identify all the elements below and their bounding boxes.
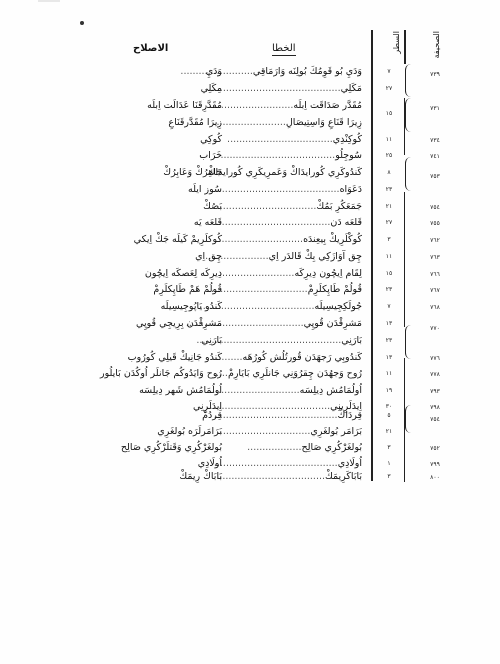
cell-correction: قِردُمْ <box>62 408 222 424</box>
table-row: ٧٥٥ ٢٧ قَلعَه دَن.......................… <box>0 215 500 231</box>
cell-correction: كَندُو يَاپُوجِيسِيلَه <box>62 299 222 315</box>
cell-line: ١٣ <box>378 316 400 332</box>
cell-correction: مَشرِقْدَن بِرِيجِي قُوپِي <box>62 316 222 332</box>
error-text: مَشرِقْدَن قُوپِي <box>304 318 362 329</box>
cell-correction: مِكَلِي <box>62 81 222 97</box>
error-text: بَرَامَر بُولغَرِي <box>310 426 362 437</box>
cell-correction: كَندُو جَانِيكْ قَيلِي كُورُوب <box>62 350 222 366</box>
cell-line: ٧ <box>378 299 400 315</box>
leader-dots: ................................ <box>220 201 317 212</box>
cell-page: ٨٠٠ <box>420 474 450 481</box>
scanned-page: الصحيفة السطر الخطا الاصلاح ٧٣٩ ٧ وَدَيِ… <box>0 0 500 664</box>
table-row: ٧٥٣ ٨ كَندُوكَرِي كُورايدَاكْ وَعَمرِيكَ… <box>0 165 500 181</box>
error-text: كَندُوكَرِي كُورايدَاكْ وَعَمرِيكَرِي كُ… <box>208 167 362 178</box>
cell-correction: جَاهِرُكْ وَعَابِرُكْ <box>62 165 222 181</box>
table-row: ٧٥٤ ٥ قِردَاكْ..........................… <box>0 408 500 424</box>
cell-line: ٣ <box>378 232 400 248</box>
cell-correction: بَصُكْ <box>62 199 222 215</box>
header-correction: الاصلاح <box>133 43 168 54</box>
cell-page: ٧٥٤ <box>420 416 450 423</box>
error-text: كَندُوبِي رَجهَدَن قُورتُلُش كُورُهَه <box>243 352 362 363</box>
cell-page: ٧٦٧ <box>420 287 450 294</box>
cell-correction: سُوز ايلَه <box>62 182 222 198</box>
table-row: ٧٧٠ ١٣ مَشرِقْدَن قُوپِي................… <box>0 316 500 332</box>
header-line: السطر <box>392 31 401 54</box>
cell-correction: قَلعَه يَه <box>62 215 222 231</box>
table-row: ٧٦٧ ٢٣ قُولُمْ طَاپِكلَرِمْ.............… <box>0 282 500 298</box>
cell-correction: زِيرَا مُقَدَّرقَنَاعِ <box>62 115 222 131</box>
cell-correction: مُقَدَّرِقَنَا عَدَالَت اِبلَه <box>62 98 222 114</box>
error-text: سُوجِلُو <box>335 150 362 161</box>
cell-line: ٢٣ <box>378 282 400 298</box>
table-row: ٨٠٠ ٣ بَابَاكَرِيمَكْ...................… <box>0 469 500 485</box>
table-row: ٧٣٩ ٧ وَدَيِ بُو قَوِمُكَ بُولِنَه وَارَ… <box>0 64 500 80</box>
table-row: ٧٦٣ ١١ چِق آوَازَكِي بِكْ قَالدَر اِي...… <box>0 249 500 265</box>
cell-page: ٧٦٨ <box>420 304 450 311</box>
table-row: ٧٧٦ ١٣ كَندُوبِي رَجهَدَن قُورتُلُش كُور… <box>0 350 500 366</box>
cell-page: ٧٧٠ <box>420 325 450 332</box>
cell-page: ٧٣٤ <box>420 137 450 144</box>
error-text: چِق آوَازَكِي بِكْ قَالدَر اِي <box>269 251 362 262</box>
cell-line: ١٥ <box>378 266 400 282</box>
header-error: الخطا <box>272 43 296 54</box>
cell-line: ٨ <box>378 165 400 181</box>
table-row: ٧٥٢ ٣ بُولغَرْكُرِي صَالِح..............… <box>0 440 500 456</box>
cell-correction: كُوكِي <box>62 132 222 148</box>
table-row: ٧٩٣ ١٩ اُولُمَامُش دِيلِسَه.............… <box>0 383 500 399</box>
leader-dots: .................................... <box>216 471 325 482</box>
error-text: اُولَادِي <box>338 458 362 469</box>
leader-dots: ........................ <box>213 117 285 128</box>
error-text: جَمَعَكُرِ بَمُكْ <box>316 201 362 212</box>
leader-dots: ............................... <box>217 426 311 437</box>
cell-correction: بُولغَرْكُرِي وَقَتلَرْكُرِي صَالِح <box>62 440 222 456</box>
cell-page: ٧٥٤ <box>420 204 450 211</box>
table-row: ٧٥٤ ٢١ جَمَعَكُرِ بَمُكْ................… <box>0 199 500 215</box>
leader-dots: ......................... <box>219 268 295 279</box>
error-text: قُولُمْ طَاپِكلَرِمْ <box>308 284 362 295</box>
table-row: ٧٦٢ ٣ كُوكْلَرِيكْ بِيعِندَه............… <box>0 232 500 248</box>
cell-page: ٧٣٩ <box>420 71 450 78</box>
error-text: قَلعَه دَن <box>330 217 362 228</box>
cell-page: ٧٦٢ <box>420 237 450 244</box>
cell-page: ٧٤١ <box>420 153 450 160</box>
table-row: ٧٣١ ١٥ مُقَدَّر صَدَاقَت اِبلَه.........… <box>0 98 500 114</box>
table-row: ٧٦٨ ٧ جُولَكِجِيسِيلَه..................… <box>0 299 500 315</box>
cell-line: ٥ <box>378 408 400 424</box>
cell-page: ٧٧٦ <box>420 355 450 362</box>
cell-correction: بَابَاكْ رِيمَكْ <box>62 469 222 485</box>
error-text: مَكَلِي <box>341 83 362 94</box>
cell-line: ١٣ <box>378 350 400 366</box>
cell-page: ٧٥٣ <box>420 173 450 180</box>
cell-correction: رُوح وَايَدُوكُم جَانلَر اُوكُدَن بَايلُ… <box>62 366 222 382</box>
error-text: بَارَنِي <box>341 335 362 346</box>
error-text: اُولُمَامُش دِيلِسَه <box>300 385 362 396</box>
leader-dots: .............................. <box>209 385 300 396</box>
cell-line: ٢١ <box>378 199 400 215</box>
cell-line: ٢١ <box>378 424 400 440</box>
cell-correction: خَرَاب <box>62 148 222 164</box>
cell-page: ٧٦٣ <box>420 254 450 261</box>
leader-dots: ........................................… <box>208 83 341 94</box>
error-text: بَابَاكَرِيمَكْ <box>325 471 362 482</box>
leader-dots: ........................................… <box>214 410 338 421</box>
leader-dots: .................. <box>247 442 301 453</box>
scan-artifact <box>38 0 60 2</box>
cell-line: ١١ <box>378 249 400 265</box>
cell-page: ٧٥٢ <box>420 445 450 452</box>
cell-line: ٧ <box>378 64 400 80</box>
error-text: رُوح وَجهُدَن چِقرُوَنِي جَانلَرِي بَايَ… <box>228 368 362 379</box>
table-row: ٧٣٤ ١١ كُوكِنْدِي.......................… <box>0 132 500 148</box>
error-text: زِيرَا قَنَاعِ وَاسِتِيصَالِ <box>286 117 362 128</box>
cell-correction: دِيرِكَه لِعَصكَه اِيچُون <box>62 266 222 282</box>
rule-line-page-top <box>404 30 406 64</box>
error-text: كُوكِنْدِي <box>333 134 362 145</box>
cell-page: ٧٣١ <box>420 105 450 112</box>
cell-line: ١١ <box>378 366 400 382</box>
leader-dots: ...................................... <box>220 150 335 161</box>
cell-correction: قُولُمْ هَمْ طَاپِكلَرِمْ <box>62 282 222 298</box>
cell-correction: چِق اِي <box>62 249 222 265</box>
table-row: ٧٤١ ٢٥ سُوجِلُو.........................… <box>0 148 500 164</box>
error-text: كُوكْلَرِيكْ بِيعِندَه <box>303 234 362 245</box>
leader-dots: ................................... <box>227 134 333 145</box>
table-row: ٧٦٦ ١٥ لِقَام اِيچُون دِيرِكَه..........… <box>0 266 500 282</box>
cell-page: ٧٧٨ <box>420 371 450 378</box>
cell-correction: بَرَامَرلَرَه بُولغَرِي <box>62 424 222 440</box>
table-row: زِيرَا قَنَاعِ وَاسِتِيصَالِ............… <box>0 115 500 131</box>
cell-line: ٣ <box>378 440 400 456</box>
error-text: مُقَدَّر صَدَاقَت اِبلَه <box>293 100 362 111</box>
error-text: وَدَيِ بُو قَوِمُكَ بُولِنَه وَارَمَاقِي <box>253 66 362 77</box>
error-text: بُولغَرْكُرِي صَالِح <box>302 442 362 453</box>
cell-page: ٧٥٥ <box>420 220 450 227</box>
table-row: ٢٣ دَعَوَاه.............................… <box>0 182 500 198</box>
leader-dots: ....................................... <box>222 184 340 195</box>
cell-page: ٧٩٩ <box>420 461 450 468</box>
error-text: جُولَكِجِيسِيلَه <box>315 301 363 312</box>
table-row: ٧٧٨ ١١ رُوح وَجهُدَن چِقرُوَنِي جَانلَرِ… <box>0 366 500 382</box>
cell-page: ٧٦٦ <box>420 271 450 278</box>
table-row: ٢١ بَرَامَر بُولغَرِي...................… <box>0 424 500 440</box>
table-row: ٢٧ مَكَلِي..............................… <box>0 81 500 97</box>
cell-correction: بَارَنِي <box>62 333 222 349</box>
leader-dots: ........................................… <box>214 458 338 469</box>
page-marker-dot <box>80 21 84 25</box>
cell-line: ٢٣ <box>378 182 400 198</box>
leader-dots: ................................ <box>211 284 308 295</box>
cell-line: ٢٧ <box>378 215 400 231</box>
header-page: الصحيفة <box>432 31 441 59</box>
cell-page: ٧٩٣ <box>420 388 450 395</box>
cell-correction: كُوكلَرِيمْ كَيلَه جَكْ اِيكي <box>62 232 222 248</box>
error-text: دَعَوَاه <box>340 184 362 195</box>
cell-correction: اُولُمَامُش شَهر دِيلِسَه <box>62 383 222 399</box>
cell-line: ٢٧ <box>378 81 400 97</box>
error-text: قِردَاكْ <box>338 410 362 421</box>
error-text: لِقَام اِيچُون دِيرِكَه <box>294 268 362 279</box>
cell-line: ٢٥ <box>378 148 400 164</box>
cell-correction: وَدَيِ <box>62 64 222 80</box>
leader-dots: ............................ <box>219 234 304 245</box>
leader-dots: ...................................... <box>216 217 331 228</box>
table-row: ٢٣ بَارَنِي.............................… <box>0 333 500 349</box>
cell-line: ١١ <box>378 132 400 148</box>
cell-line: ٢٣ <box>378 333 400 349</box>
cell-line: ٣ <box>378 469 400 485</box>
cell-line: ١٩ <box>378 383 400 399</box>
header-error-text: الخطا <box>272 43 296 56</box>
